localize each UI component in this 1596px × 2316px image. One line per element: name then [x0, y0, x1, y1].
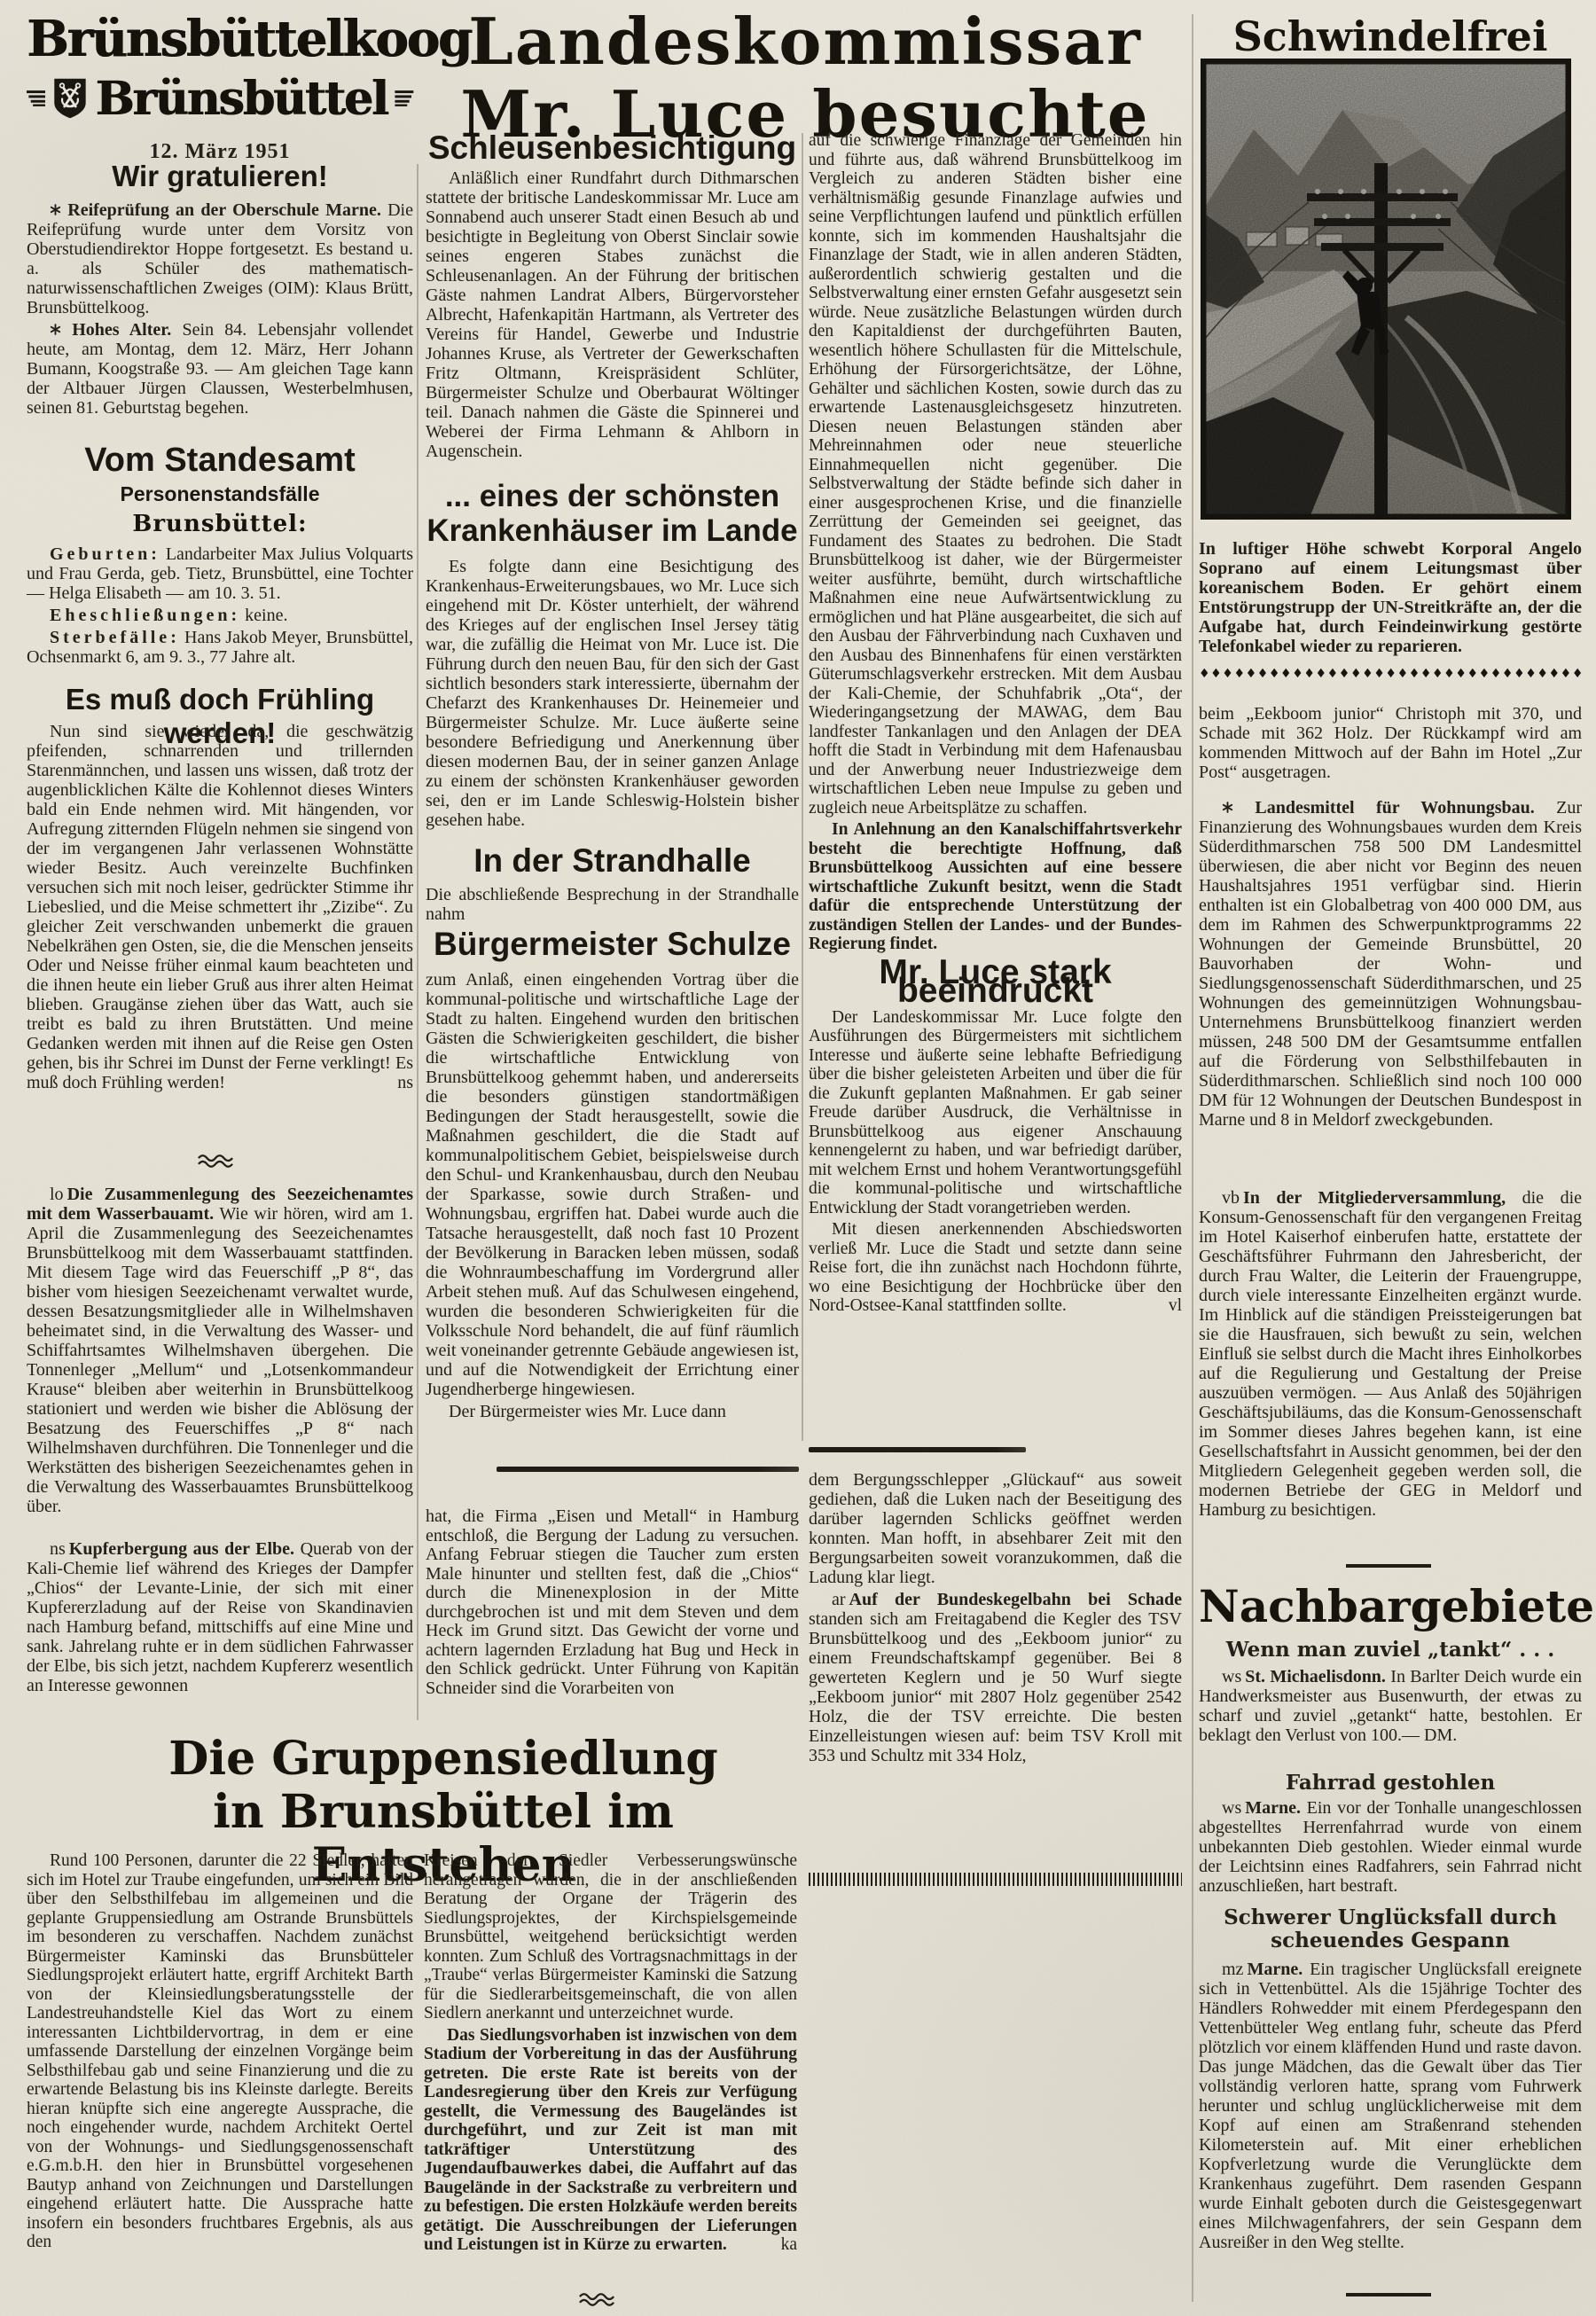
record-text: keine.	[245, 606, 287, 625]
article-paragraph: wsMarne. Ein vor der Tonhalle unangeschl…	[1199, 1798, 1582, 1896]
section-title-strandhalle: In der Strandhalle	[426, 842, 799, 880]
flourish-left-icon	[27, 85, 45, 112]
column-divider	[802, 133, 803, 1441]
kegel-continuation: beim „Eekboom junior“ Christoph mit 370,…	[1199, 704, 1582, 785]
article-lead: Landesmittel für Wohnungsbau.	[1255, 798, 1534, 818]
masthead-title-line1: Brünsbüttelkoog	[27, 12, 413, 66]
article-lead: Marne.	[1245, 1798, 1301, 1818]
author-sig: lo	[50, 1185, 67, 1204]
article-paragraph: vbIn der Mitgliederversammlung, die die …	[1199, 1188, 1582, 1520]
article-paragraph-bold: In Anlehnung an den Kanalschiffahrtsverk…	[809, 820, 1182, 954]
schulze-text: zum Anlaß, einen eingehenden Vortrag übe…	[426, 970, 799, 1424]
section-title-standesamt: Vom Standesamt	[27, 442, 413, 480]
article-paragraph: wsSt. Michaelisdonn. In Barlter Deich wu…	[1199, 1667, 1582, 1745]
article-paragraph: zum Anlaß, einen eingehenden Vortrag übe…	[426, 970, 799, 1399]
section-rule	[1346, 2293, 1431, 2296]
author-sig: ws	[1222, 1667, 1245, 1686]
photo-illustration	[1201, 59, 1571, 520]
article-paragraph: Landesmittel für Wohnungsbau. Zur Finanz…	[1199, 798, 1582, 1130]
subhead-fahrrad: Fahrrad gestohlen	[1199, 1772, 1582, 1795]
record-births: Geburten: Landarbeiter Max Julius Volqua…	[27, 544, 413, 603]
section-title-nachbargebiete: Nachbargebiete	[1199, 1580, 1582, 1632]
column-rule	[497, 1467, 799, 1472]
article-paragraph: dem Bergungsschlepper „Glückauf“ aus sow…	[809, 1470, 1182, 1587]
article-paragraph: arAuf der Bundeskegelbahn bei Schade sta…	[809, 1590, 1182, 1765]
news-item: Hohes Alter. Sein 84. Lebensjahr vollend…	[27, 320, 413, 418]
column-rule	[809, 1447, 1026, 1452]
masthead: Brünsbüttelkoog Brünsbüttel 12. März 195…	[27, 12, 413, 164]
masthead-title-line2-row: Brünsbüttel	[27, 67, 413, 129]
strandhalle-text: Die abschließende Besprechung in der Str…	[426, 885, 799, 927]
fruehling-article: Nun sind sie wieder da, die geschwätzig …	[27, 722, 413, 1095]
author-sig: ns	[50, 1539, 69, 1559]
article-paragraph: Rund 100 Personen, darunter die 22 Siedl…	[27, 1851, 413, 2252]
record-deaths: Sterbefälle: Hans Jakob Meyer, Brunsbütt…	[27, 628, 413, 667]
newspaper-page: Brünsbüttelkoog Brünsbüttel 12. März 195…	[0, 0, 1596, 2316]
siedlung-colA: Rund 100 Personen, darunter die 22 Siedl…	[27, 1851, 413, 2255]
article-text: Wie wir hören, wird am 1. April die Zusa…	[27, 1204, 413, 1516]
record-lead: Geburten:	[50, 544, 160, 564]
kupferbergung-article: nsKupferbergung aus der Elbe. Querab von…	[27, 1539, 413, 1698]
article-lead: Auf der Bundeskegelbahn bei Schade	[849, 1590, 1182, 1609]
fahrrad-article: wsMarne. Ein vor der Tonhalle unangeschl…	[1199, 1798, 1582, 1898]
subhead-tankt: Wenn man zuviel „tankt“ . . .	[1199, 1639, 1582, 1662]
photo-lineman-on-mast	[1201, 59, 1571, 520]
item-lead: Reifeprüfung an der Oberschule Marne.	[67, 200, 381, 220]
landesmittel-article: Landesmittel für Wohnungsbau. Zur Finanz…	[1199, 798, 1582, 1132]
section-title-beeindruckt: Mr. Luce stark beeindruckt	[809, 963, 1182, 1001]
record-marriages: Eheschließungen: keine.	[27, 606, 413, 625]
article-paragraph: Der Landeskommissar Mr. Luce folgte den …	[809, 1008, 1182, 1218]
article-paragraph-bold: Das Siedlungsvorhaben ist inzwischen von…	[424, 2026, 797, 2255]
star-marker-icon	[1222, 802, 1233, 813]
article-text: die die Konsum-Genossenschaft für den ve…	[1199, 1188, 1582, 1520]
salvage-col1-text: hat, die Firma „Eisen und Metall“ in Ham…	[426, 1507, 799, 1701]
article-paragraph: auf die schwierige Finanzlage der Gemein…	[809, 131, 1182, 818]
wave-squiggle-icon	[578, 2291, 615, 2307]
article-text: Mit diesen anerkennenden Abschiedsworten…	[809, 1220, 1182, 1315]
record-lead: Eheschließungen:	[50, 606, 240, 625]
article-text: standen sich am Freitagabend die Kegler …	[809, 1609, 1182, 1765]
diamond-divider: ♦♦♦♦♦♦♦♦♦♦♦♦♦♦♦♦♦♦♦♦♦♦♦♦♦♦♦♦♦♦♦♦♦♦♦♦♦♦♦♦…	[1199, 667, 1582, 681]
article-paragraph: Es folgte dann eine Besichtigung des Kra…	[426, 557, 799, 830]
standesamt-section: Vom Standesamt Personenstandsfälle Bruns…	[27, 442, 413, 669]
author-sig: ka	[758, 2235, 797, 2255]
author-sig: mz	[1222, 1960, 1247, 1979]
hatch-divider	[809, 1873, 1182, 1886]
section-rule	[1346, 1564, 1431, 1568]
subhead-gespann: Schwerer Unglücksfall durch scheuendes G…	[1199, 1906, 1582, 1952]
article-text: Nun sind sie wieder da, die geschwätzig …	[27, 722, 413, 1092]
author-sig: ar	[832, 1590, 849, 1609]
gratulieren-items: Reifeprüfung an der Oberschule Marne. Di…	[27, 200, 413, 420]
article-text: Zur Finanzierung des Wohnungsbaues wurde…	[1199, 798, 1582, 1130]
article-paragraph: Nun sind sie wieder da, die geschwätzig …	[27, 722, 413, 1092]
seezeichen-article: loDie Zusammenlegung des Seezeichenamtes…	[27, 1185, 413, 1519]
siedlung-colB: Kreisen der Siedler Verbesserungswünsche…	[424, 1851, 797, 2257]
author-sig: vl	[1146, 1296, 1182, 1316]
article-text: Querab von der Kali-Chemie lief während …	[27, 1539, 413, 1695]
photo-caption: In luftiger Höhe schwebt Korporal Angelo…	[1199, 539, 1582, 659]
star-marker-icon	[50, 204, 61, 215]
photo-title: Schwindelfrei	[1199, 12, 1582, 60]
author-sig: ws	[1222, 1798, 1245, 1818]
krankenhaus-text: Es folgte dann eine Besichtigung des Kra…	[426, 557, 799, 833]
main-headline-line1: Landeskommissar	[426, 5, 1185, 78]
schleusen-text: Anläßlich einer Rundfahrt durch Dithmars…	[426, 168, 799, 464]
article-paragraph: Die abschließende Besprechung in der Str…	[426, 885, 799, 924]
crossed-anchors-shield-icon	[52, 67, 88, 129]
author-sig: ns	[374, 1073, 413, 1092]
article-lead: St. Michaelisdonn.	[1245, 1667, 1386, 1686]
flourish-right-icon	[395, 85, 413, 112]
author-sig: vb	[1222, 1188, 1243, 1208]
record-lead: Sterbefälle:	[50, 628, 180, 647]
article-paragraph: Kreisen der Siedler Verbesserungswünsche…	[424, 1851, 797, 2023]
siedlung-headline-line1: Die Gruppensiedlung	[98, 1733, 789, 1786]
article-text: Das Siedlungsvorhaben ist inzwischen von…	[424, 2026, 797, 2255]
section-title-gratulieren: Wir gratulieren!	[27, 160, 413, 193]
news-item: Reifeprüfung an der Oberschule Marne. Di…	[27, 200, 413, 317]
article-paragraph: hat, die Firma „Eisen und Metall“ in Ham…	[426, 1507, 799, 1698]
finanzlage-column: auf die schwierige Finanzlage der Gemein…	[809, 131, 1182, 1318]
article-paragraph: loDie Zusammenlegung des Seezeichenamtes…	[27, 1185, 413, 1516]
star-marker-icon	[50, 324, 61, 335]
article-paragraph: Anläßlich einer Rundfahrt durch Dithmars…	[426, 168, 799, 461]
section-title-schleusen: Schleusenbesichtigung	[426, 129, 799, 167]
column-divider	[1192, 14, 1193, 2302]
item-lead: Hohes Alter.	[72, 320, 171, 340]
salvage-col2-text: dem Bergungsschlepper „Glückauf“ aus sow…	[809, 1470, 1182, 1768]
article-paragraph: Mit diesen anerkennenden Abschiedsworten…	[809, 1220, 1182, 1316]
tankt-article: wsSt. Michaelisdonn. In Barlter Deich wu…	[1199, 1667, 1582, 1748]
article-lead: Marne.	[1247, 1960, 1303, 1979]
gespann-article: mzMarne. Ein tragischer Unglücksfall ere…	[1199, 1960, 1582, 2255]
column-divider	[417, 164, 419, 1720]
article-lead: In der Mitgliederversammlung,	[1243, 1188, 1506, 1208]
standesamt-place: Brunsbüttel:	[27, 511, 413, 537]
article-text: Ein tragischer Unglücksfall ereignete si…	[1199, 1960, 1582, 2252]
wave-squiggle-icon	[197, 1153, 234, 1169]
section-title-schulze: Bürgermeister Schulze	[426, 926, 799, 963]
article-lead: Kupferbergung aus der Elbe.	[69, 1539, 294, 1559]
standesamt-subtitle: Personenstandsfälle	[27, 482, 413, 506]
masthead-title-line2: Brünsbüttel	[95, 72, 387, 126]
article-paragraph: Der Bürgermeister wies Mr. Luce dann	[426, 1402, 799, 1421]
article-paragraph: mzMarne. Ein tragischer Unglücksfall ere…	[1199, 1960, 1582, 2252]
article-paragraph: nsKupferbergung aus der Elbe. Querab von…	[27, 1539, 413, 1695]
section-title-krankenhaus: ... eines der schönsten Krankenhäuser im…	[426, 479, 799, 548]
mitglieder-article: vbIn der Mitgliederversammlung, die die …	[1199, 1188, 1582, 1522]
